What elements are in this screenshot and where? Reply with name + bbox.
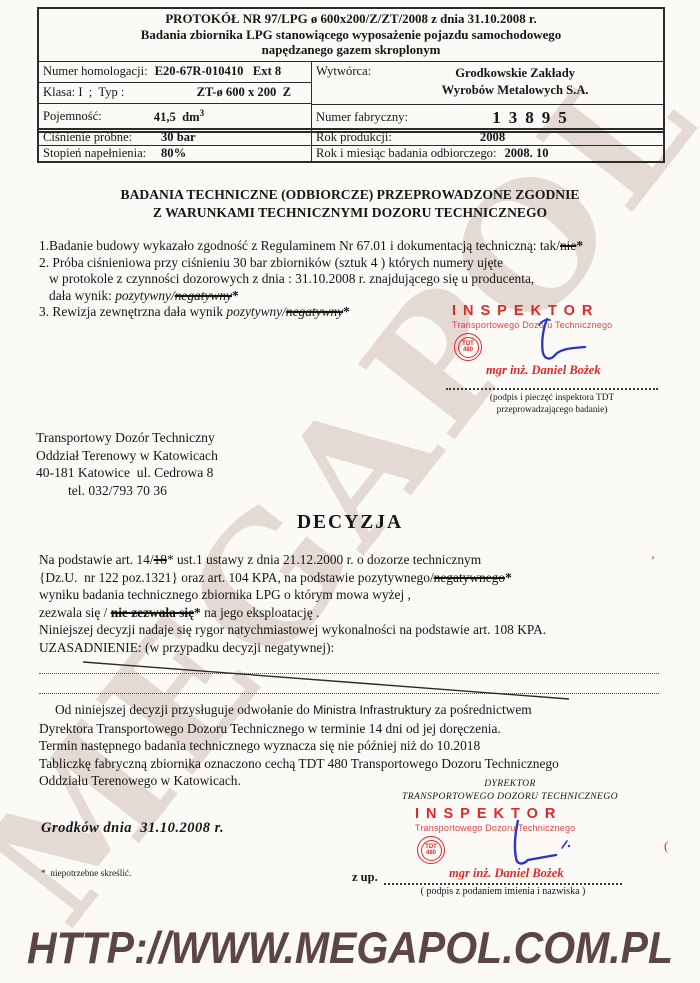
tdt-seal-text: TDT 480 <box>458 337 479 358</box>
decision-line4-struck: nie zezwala się <box>111 605 194 620</box>
inspector-stamp-top: INSPEKTOR Transportowego Dozoru Technicz… <box>452 303 677 383</box>
class-type-label: Klasa: I ; Typ : <box>43 85 124 100</box>
test-pressure-value: 30 bar <box>161 131 196 144</box>
decision-line1: Na podstawie art. 14/18* ust.1 ustawy z … <box>39 551 673 569</box>
appeal-line1-post: za pośrednictwem <box>431 702 531 717</box>
production-year-value: 2008 <box>480 131 505 144</box>
issuer-line2: Oddział Terenowy w Katowicach <box>36 447 218 465</box>
decision-line2-struck: negatywnego <box>434 570 505 585</box>
test-item-3-asterisk: * <box>343 304 350 319</box>
appeal-line1-pre: Od niniejszej decyzji przysługuje odwoła… <box>55 702 313 717</box>
tdt-seal-line2: 480 <box>463 347 473 353</box>
zup-label: z up. <box>352 870 378 885</box>
decision-heading: DECYZJA <box>0 512 700 534</box>
test-item-1-asterisk: * <box>576 238 583 253</box>
red-mark-artifact: ( <box>664 838 668 854</box>
justification-blank-lines <box>39 658 663 704</box>
test-item-3-text: 3. Rewizja zewnętrzna dała wynik <box>39 304 226 319</box>
production-year-cell: Rok produkcji: 2008 <box>311 130 663 145</box>
header-table-body: Numer homologacji: E20-67R-010410 Ext 8 … <box>39 62 663 131</box>
place-and-date: Grodków dnia 31.10.2008 r. <box>41 820 224 837</box>
filling-degree-value: 80% <box>161 147 186 160</box>
production-year-label: Rok produkcji: <box>316 131 392 144</box>
megapol-url: HTTP://WWW.MEGAPOL.COM.PL <box>0 923 700 974</box>
test-item-2-result-positive: pozytywny/ <box>115 288 175 303</box>
decision-line1-post: * ust.1 ustawy z dnia 21.12.2000 r. o do… <box>167 552 481 567</box>
capacity-row: Pojemność: 41,5 dm3 <box>39 104 311 130</box>
signature-caption-block: (podpis i pieczęć inspektora TDT przepro… <box>446 388 658 416</box>
header-table: PROTOKÓŁ NR 97/LPG ø 600x200/Z/ZT/2008 z… <box>37 7 665 133</box>
decision-line2-pre: {Dz.U. nr 122 poz.1321} oraz art. 104 KP… <box>39 570 434 585</box>
director-title-block: DYREKTOR TRANSPORTOWEGO DOZORU TECHNICZN… <box>352 778 668 803</box>
appeal-paragraph: Od niniejszej decyzji przysługuje odwoła… <box>39 701 677 790</box>
test-item-3-result-struck: negatywny <box>286 304 343 319</box>
homologation-value: E20-67R-010410 Ext 8 <box>155 64 282 79</box>
tdt-seal-icon: TDT 480 <box>417 836 445 864</box>
decision-line6: UZASADNIENIE: (w przypadku decyzji negat… <box>39 639 673 657</box>
appeal-line1: Od niniejszej decyzji przysługuje odwoła… <box>39 701 677 720</box>
test-pressure-cell: Ciśnienie próbne: 30 bar <box>39 131 311 144</box>
parameters-table: Ciśnienie próbne: 30 bar Rok produkcji: … <box>37 128 665 163</box>
tests-heading-line2: Z WARUNKAMI TECHNICZNYMI DOZORU TECHNICZ… <box>0 204 700 222</box>
manufacturer-line2: Wyrobów Metalowych S.A. <box>442 83 589 97</box>
manufacturer-label: Wytwórca: <box>316 64 371 102</box>
class-type-value: ZT-ø 600 x 200 Z <box>197 85 291 100</box>
signature-scribble-icon <box>470 820 590 872</box>
inspector-name: mgr inż. Daniel Bożek <box>486 363 601 378</box>
decision-line3: wyniku badania technicznego zbiornika LP… <box>39 586 673 604</box>
signature-caption-line1: (podpis i pieczęć inspektora TDT <box>446 393 658 405</box>
appeal-line1-ministry: Ministra Infrastruktury <box>313 703 431 717</box>
protocol-title-line2: Badania zbiornika LPG stanowiącego wypos… <box>43 28 659 44</box>
test-item-2-line1: 2. Próba ciśnieniowa przy ciśnieniu 30 b… <box>39 255 669 272</box>
authorization-line: z up. <box>352 870 622 885</box>
acceptance-date-cell: Rok i miesiąc badania odbiorczego: 2008.… <box>311 146 663 161</box>
decision-line4-asterisk: * <box>194 605 201 620</box>
test-item-2-result-struck: negatywny <box>175 288 232 303</box>
test-item-1-text: 1.Badanie budowy wykazało zgodność z Reg… <box>39 238 560 253</box>
appeal-line3: Termin następnego badania technicznego w… <box>39 737 677 755</box>
serial-number-label: Numer fabryczny: <box>316 110 408 125</box>
tests-section-heading: BADANIA TECHNICZNE (ODBIORCZE) PRZEPROWA… <box>0 186 700 221</box>
capacity-exponent: 3 <box>200 108 205 118</box>
serial-number-value: 13895 <box>408 108 659 128</box>
acceptance-date-value: 2008. 10 <box>504 147 548 160</box>
capacity-number: 41,5 dm <box>154 110 200 124</box>
pressure-year-row: Ciśnienie próbne: 30 bar Rok produkcji: … <box>39 130 663 145</box>
issuer-line1: Transportowy Dozór Techniczny <box>36 429 218 447</box>
protocol-title: PROTOKÓŁ NR 97/LPG ø 600x200/Z/ZT/2008 z… <box>39 9 663 62</box>
decision-line5: Niniejszej decyzji nadaje się rygor naty… <box>39 621 673 639</box>
filling-degree-label: Stopień napełnienia: <box>43 147 161 160</box>
capacity-label: Pojemność: <box>43 109 102 124</box>
scanned-protocol-page: MEGAPOL PROTOKÓŁ NR 97/LPG ø 600x200/Z/Z… <box>0 0 700 983</box>
manufacturer-line1: Grodkowskie Zakłady <box>455 66 575 80</box>
manufacturer-cell: Wytwórca: Grodkowskie Zakłady Wyrobów Me… <box>312 62 663 105</box>
header-table-right-column: Wytwórca: Grodkowskie Zakłady Wyrobów Me… <box>311 62 663 131</box>
tdt-seal-text: TDT 480 <box>421 840 442 861</box>
manufacturer-value: Grodkowskie Zakłady Wyrobów Metalowych S… <box>371 64 659 102</box>
document-content: PROTOKÓŁ NR 97/LPG ø 600x200/Z/ZT/2008 z… <box>0 0 700 983</box>
decision-paragraph: Na podstawie art. 14/18* ust.1 ustawy z … <box>39 551 673 657</box>
homologation-row: Numer homologacji: E20-67R-010410 Ext 8 <box>39 62 311 83</box>
test-item-2-line3: dała wynik: pozytywny/negatywny* <box>39 288 669 305</box>
signature-scribble-icon <box>507 317 617 365</box>
signature-dotted-line <box>446 388 658 390</box>
class-type-row: Klasa: I ; Typ : ZT-ø 600 x 200 Z <box>39 83 311 104</box>
signature-caption-line2: przeprowadzającego badanie) <box>446 405 658 417</box>
protocol-title-line3: napędzanego gazem skroplonym <box>43 43 659 59</box>
issuer-address-block: Transportowy Dozór Techniczny Oddział Te… <box>36 429 218 499</box>
test-item-1: 1.Badanie budowy wykazało zgodność z Reg… <box>39 238 669 255</box>
zup-dotted-line <box>384 872 622 885</box>
filling-acceptance-row: Stopień napełnienia: 80% Rok i miesiąc b… <box>39 145 663 161</box>
tests-heading-line1: BADANIA TECHNICZNE (ODBIORCZE) PRZEPROWA… <box>0 186 700 204</box>
serial-number-cell: Numer fabryczny: 13895 <box>312 105 663 131</box>
decision-line4-pre: zezwala się / <box>39 605 111 620</box>
homologation-label: Numer homologacji: <box>43 64 148 79</box>
decision-line4-post: na jego eksploatację . <box>201 605 320 620</box>
director-line1: DYREKTOR <box>352 778 668 791</box>
decision-line2-asterisk: * <box>505 570 512 585</box>
protocol-title-line1: PROTOKÓŁ NR 97/LPG ø 600x200/Z/ZT/2008 z… <box>43 12 659 28</box>
appeal-line2: Dyrektora Transportowego Dozoru Technicz… <box>39 720 677 738</box>
test-item-2-result-label: dała wynik: <box>49 288 115 303</box>
filling-degree-cell: Stopień napełnienia: 80% <box>39 147 311 160</box>
capacity-value: 41,5 dm3 <box>154 108 204 125</box>
decision-line4: zezwala się / nie zezwala się* na jego e… <box>39 604 673 622</box>
test-item-2-asterisk: * <box>232 288 239 303</box>
test-item-1-struck: nie <box>560 238 576 253</box>
decision-line2: {Dz.U. nr 122 poz.1321} oraz art. 104 KP… <box>39 569 673 587</box>
tdt-seal-line2: 480 <box>426 850 436 856</box>
appeal-line4: Tabliczkę fabryczną zbiornika oznaczono … <box>39 755 677 773</box>
director-line2: TRANSPORTOWEGO DOZORU TECHNICZNEGO <box>352 791 668 804</box>
test-pressure-label: Ciśnienie próbne: <box>43 131 161 144</box>
strike-footnote: * niepotrzebne skreślić. <box>41 869 131 879</box>
acceptance-date-label: Rok i miesiąc badania odbiorczego: <box>316 147 496 160</box>
crossout-line-icon <box>39 658 663 704</box>
authorization-caption: ( podpis z podaniem imienia i nazwiska ) <box>388 886 618 897</box>
decision-line1-struck: 18 <box>154 552 167 567</box>
decision-line1-pre: Na podstawie art. 14/ <box>39 552 154 567</box>
test-item-2-line2: w protokole z czynności dozorowych z dni… <box>39 271 669 288</box>
issuer-phone: tel. 032/793 70 36 <box>36 482 218 500</box>
test-item-3-result-positive: pozytywny/ <box>226 304 286 319</box>
header-table-left-column: Numer homologacji: E20-67R-010410 Ext 8 … <box>39 62 311 131</box>
tdt-seal-icon: TDT 480 <box>454 333 482 361</box>
issuer-line3: 40-181 Katowice ul. Cedrowa 8 <box>36 464 218 482</box>
